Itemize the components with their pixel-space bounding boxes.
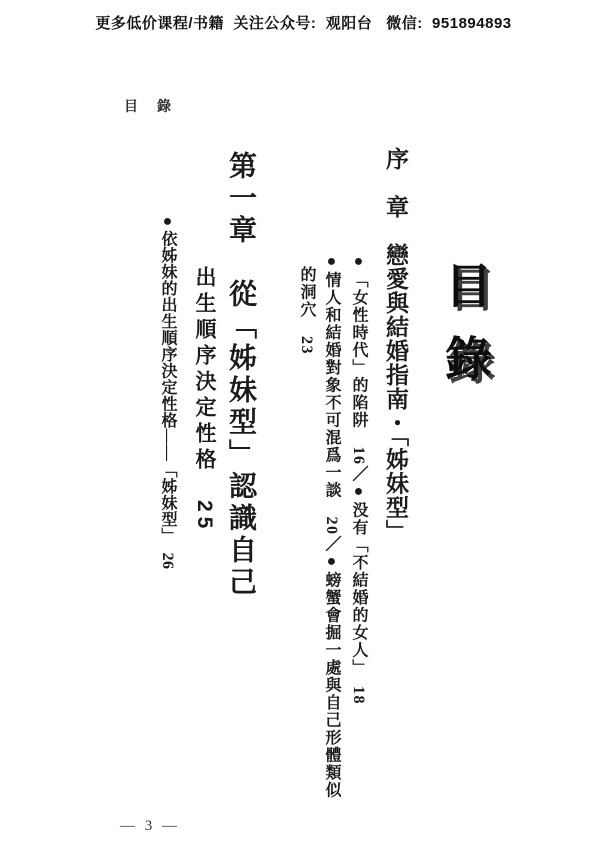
toc-chapter1-entry-line1: ●依姊妹的出生順序決定性格——「姊妹型」 26 bbox=[159, 213, 175, 570]
toc-preface-heading: 序 章 戀愛與結婚指南・「姊妹型」 bbox=[384, 147, 407, 544]
toc-preface-entries-line2-continuation: 的洞穴 23 bbox=[298, 266, 314, 355]
toc-preface-entries-line2: ●情人和結婚對象不可混爲一談 20／●螃蟹會掘一處與自己形體類似 bbox=[323, 253, 339, 799]
toc-chapter1-subheading: 出生順序決定性格 25 bbox=[194, 266, 215, 533]
page-number: — 3 — bbox=[120, 818, 180, 835]
running-header: 目錄 bbox=[124, 96, 190, 116]
scanned-toc-page: 更多低价课程/书籍 关注公众号: 观阳台 微信: 951894893 目錄 目錄… bbox=[0, 0, 607, 856]
promo-banner-text: 更多低价课程/书籍 关注公众号: 观阳台 微信: 951894893 bbox=[0, 12, 607, 33]
toc-preface-entries-line1: ●「女性時代」的陷阱 16／●没有「不結婚的女人」 18 bbox=[350, 253, 366, 705]
page-title-mulu: 目錄 bbox=[442, 261, 489, 407]
toc-chapter1-heading: 第一章 從「姊妹型」認識自己 bbox=[227, 151, 255, 599]
